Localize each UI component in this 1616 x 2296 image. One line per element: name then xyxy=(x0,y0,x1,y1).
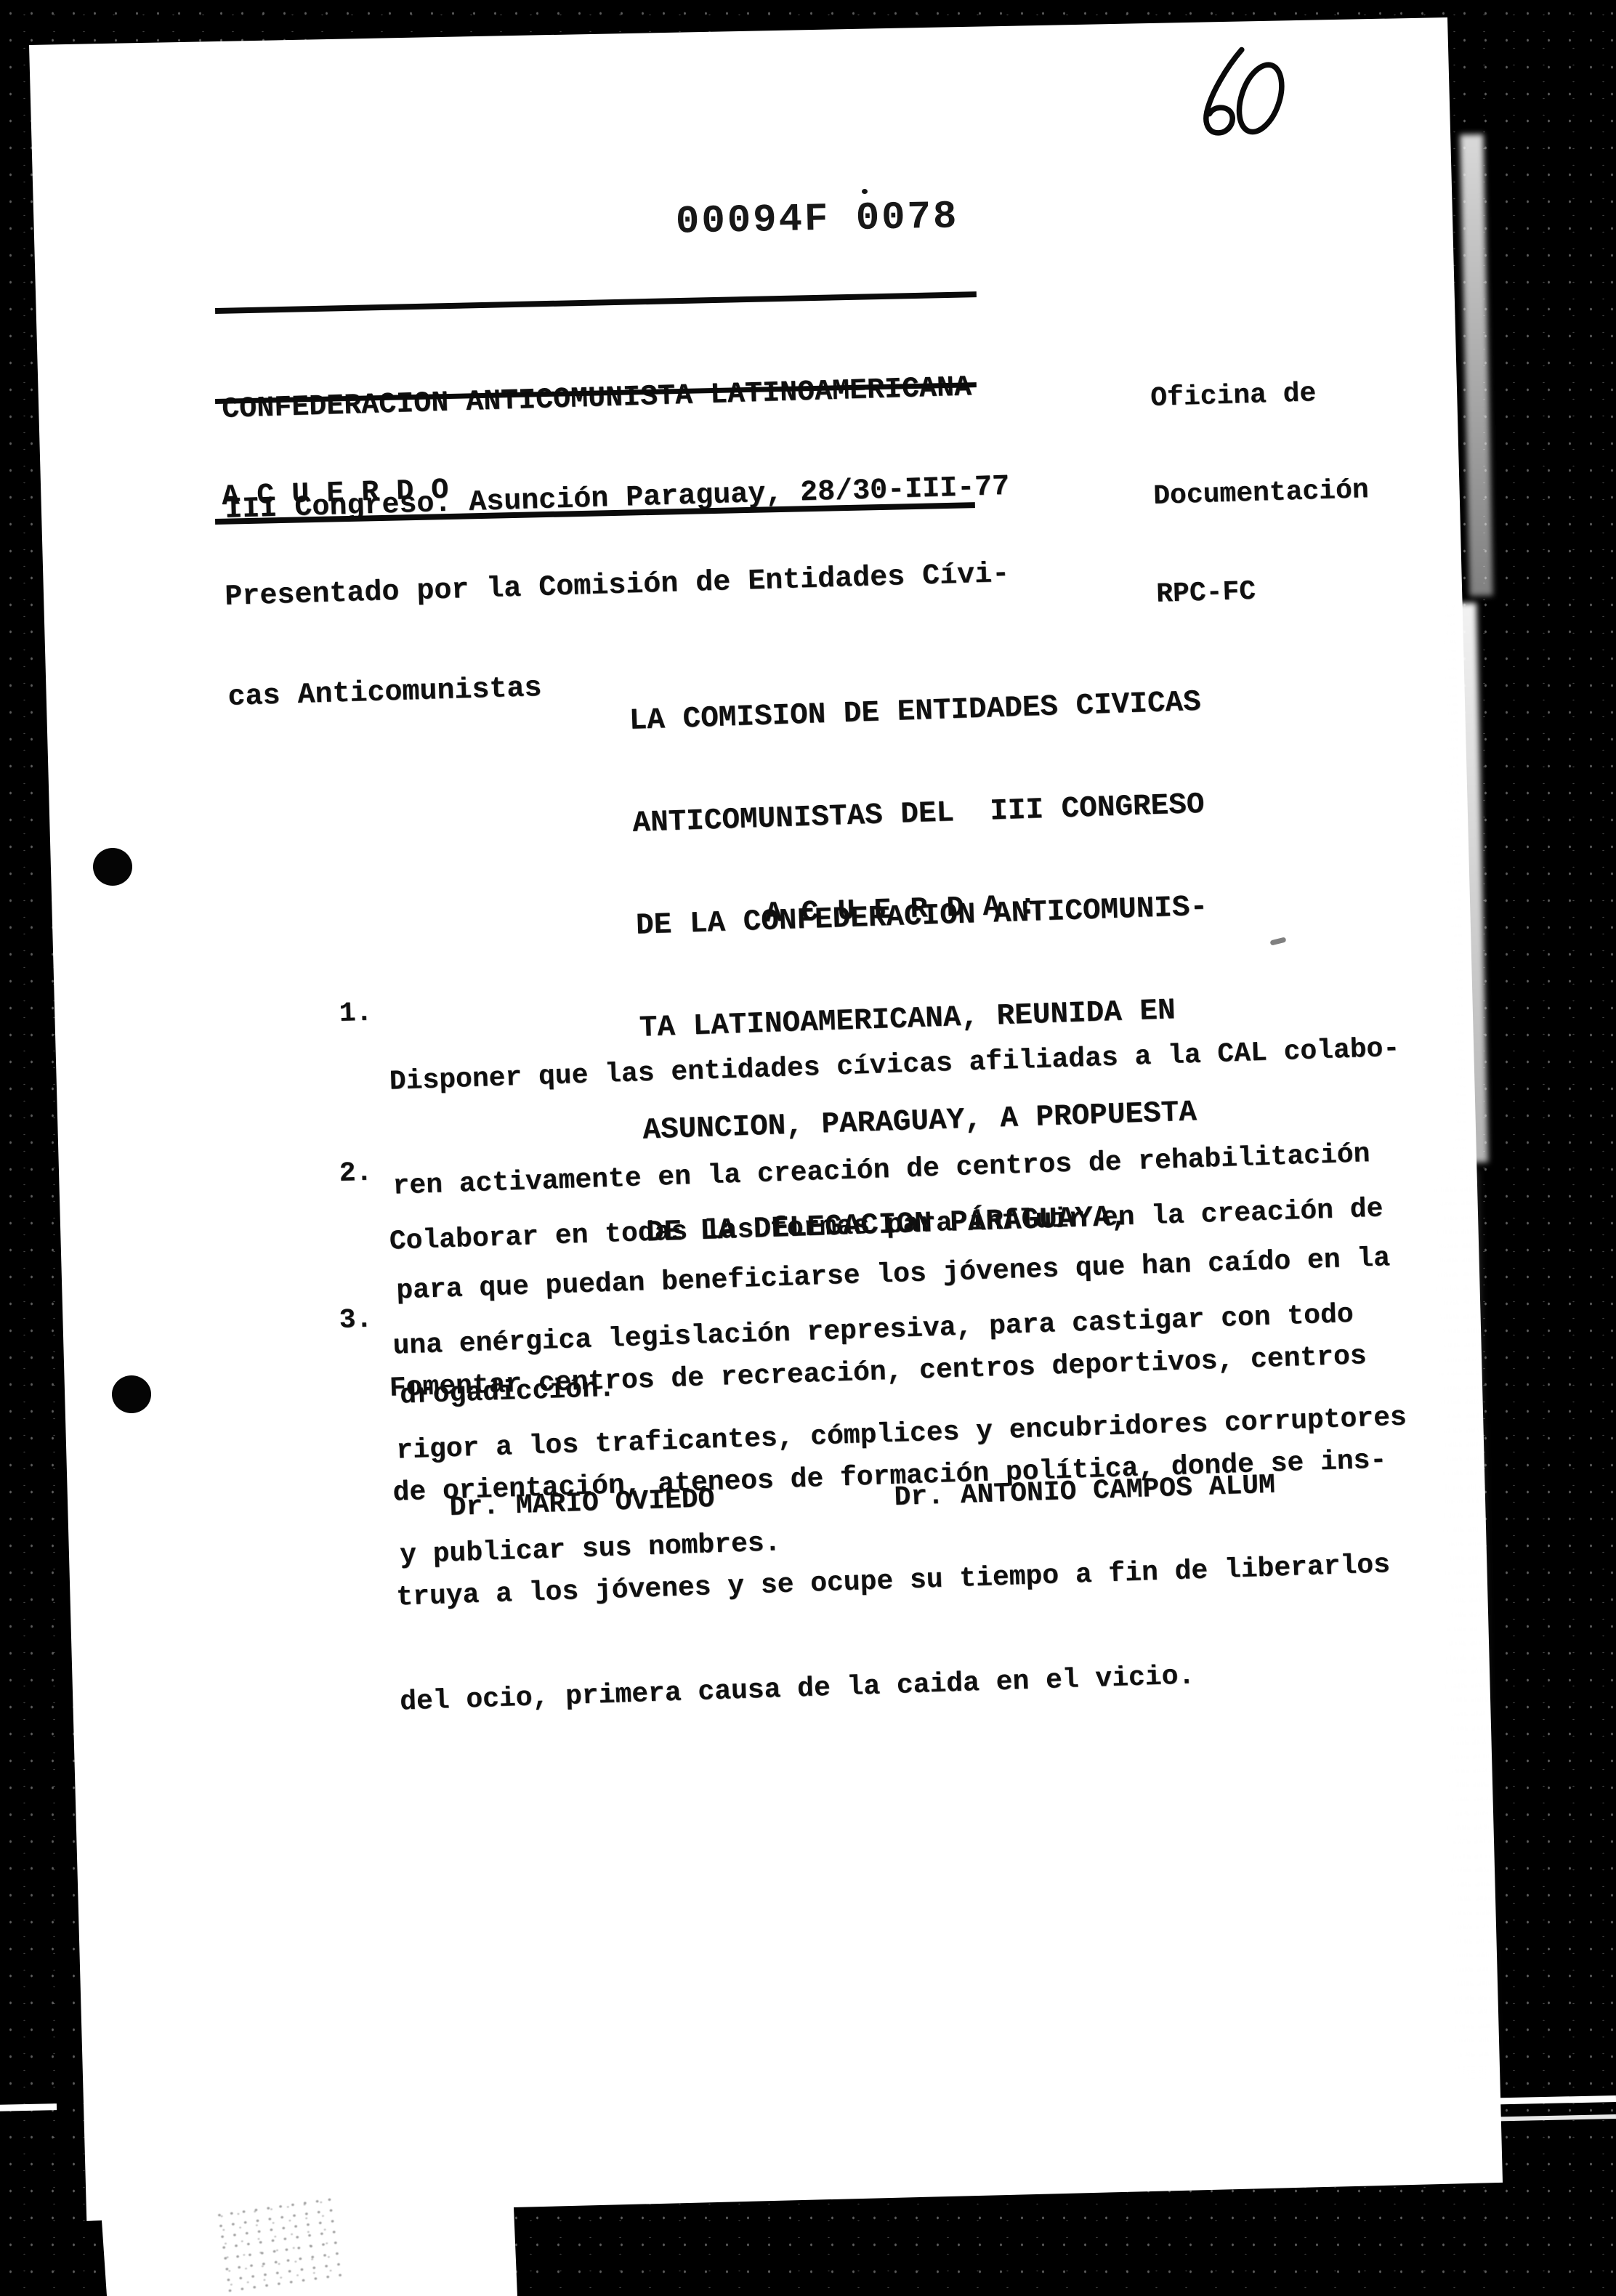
preamble-line: LA COMISION DE ENTIDADES CIVICAS xyxy=(629,686,1201,739)
office-line: Oficina de xyxy=(1150,376,1367,415)
item-line: del ocio, primera causa de la caida en e… xyxy=(399,1652,1394,1720)
page-number-stamp: 00094F 0078 xyxy=(675,195,959,244)
item-line: Colaborar en todas las formas para influ… xyxy=(389,1192,1400,1260)
item-line: Fomentar centros de recreación, centros … xyxy=(389,1338,1383,1406)
item-line: truya a los jóvenes y se ocupe su tiempo… xyxy=(396,1548,1391,1615)
item-text: Fomentar centros de recreación, centros … xyxy=(387,1269,1397,1790)
agreement-item-3: 3. Fomentar centros de recreación, centr… xyxy=(339,1269,1397,1791)
presented-by-line: Presentado por la Comisión de Entidades … xyxy=(225,558,1010,615)
scanned-document-page: 00094F 0078 CONFEDERACION ANTICOMUNISTA … xyxy=(0,0,1616,2296)
office-line: RPC-FC xyxy=(1156,572,1373,611)
office-line: Documentación xyxy=(1153,474,1370,513)
preamble-line: ANTICOMUNISTAS DEL III CONGRESO xyxy=(632,788,1205,841)
item-line: Disponer que las entidades cívicas afili… xyxy=(389,1032,1400,1100)
document-content: 00094F 0078 CONFEDERACION ANTICOMUNISTA … xyxy=(0,0,1616,2296)
